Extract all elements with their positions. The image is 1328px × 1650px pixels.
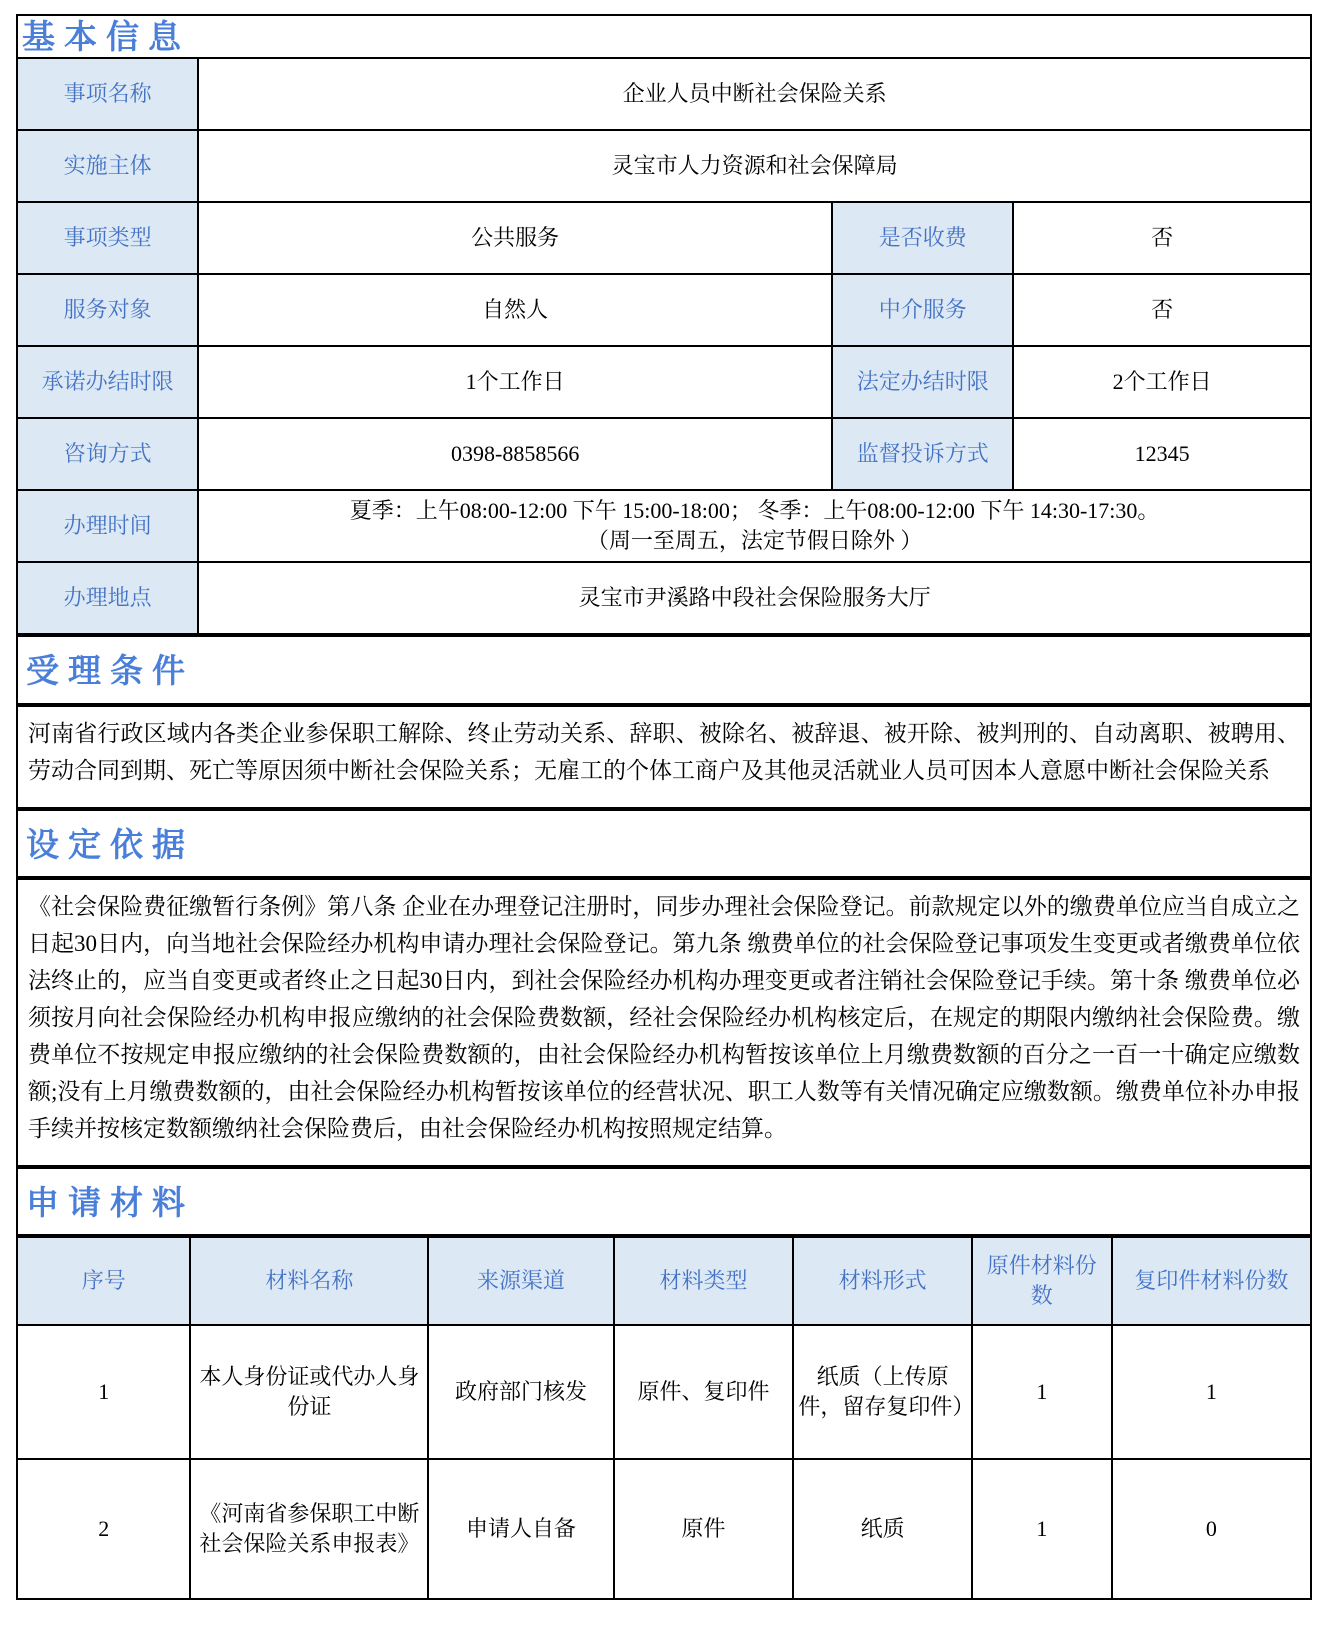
materials-col-index: 序号 <box>17 1237 190 1325</box>
material-2-source: 申请人自备 <box>428 1459 613 1599</box>
section-title-basic-info: 基本信息 <box>17 15 1311 58</box>
fee-label: 是否收费 <box>832 202 1013 274</box>
fee-value: 否 <box>1013 202 1311 274</box>
complaint-method-label: 监督投诉方式 <box>832 418 1013 490</box>
row-time-limits: 承诺办结时限 1个工作日 法定办结时限 2个工作日 <box>17 346 1311 418</box>
row-service-target-intermediary: 服务对象 自然人 中介服务 否 <box>17 274 1311 346</box>
material-1-type: 原件、复印件 <box>614 1325 794 1459</box>
material-1-name: 本人身份证或代办人身份证 <box>190 1325 428 1459</box>
item-name-value: 企业人员中断社会保险关系 <box>198 58 1311 130</box>
material-1-duplicate-copies: 1 <box>1112 1325 1311 1459</box>
material-2-original-copies: 1 <box>972 1459 1112 1599</box>
material-1-index: 1 <box>17 1325 190 1459</box>
row-handle-place: 办理地点 灵宝市尹溪路中段社会保险服务大厅 <box>17 562 1311 634</box>
promised-time-limit-value: 1个工作日 <box>198 346 832 418</box>
row-item-type-fee: 事项类型 公共服务 是否收费 否 <box>17 202 1311 274</box>
material-2-form: 纸质 <box>793 1459 972 1599</box>
promised-time-limit-label: 承诺办结时限 <box>17 346 198 418</box>
service-target-value: 自然人 <box>198 274 832 346</box>
material-2-index: 2 <box>17 1459 190 1599</box>
handle-time-line2: （周一至周五，法定节假日除外 ） <box>203 526 1306 556</box>
implementing-body-label: 实施主体 <box>17 130 198 202</box>
materials-table: 序号 材料名称 来源渠道 材料类型 材料形式 原件材料份数 复印件材料份数 1 … <box>16 1236 1312 1600</box>
row-item-name: 事项名称 企业人员中断社会保险关系 <box>17 58 1311 130</box>
material-2-name: 《河南省参保职工中断社会保险关系申报表》 <box>190 1459 428 1599</box>
legal-basis-text: 《社会保险费征缴暂行条例》第八条 企业在办理登记注册时，同步办理社会保险登记。前… <box>16 878 1312 1167</box>
row-contact: 咨询方式 0398-8858566 监督投诉方式 12345 <box>17 418 1311 490</box>
complaint-method-value: 12345 <box>1013 418 1311 490</box>
handle-time-value: 夏季：上午08:00-12:00 下午 15:00-18:00； 冬季：上午08… <box>198 490 1311 562</box>
handle-time-label: 办理时间 <box>17 490 198 562</box>
row-implementing-body: 实施主体 灵宝市人力资源和社会保障局 <box>17 130 1311 202</box>
material-1-source: 政府部门核发 <box>428 1325 613 1459</box>
consultation-method-label: 咨询方式 <box>17 418 198 490</box>
material-2-duplicate-copies: 0 <box>1112 1459 1311 1599</box>
section-title-acceptance: 受理条件 <box>18 637 1310 702</box>
consultation-method-value: 0398-8858566 <box>198 418 832 490</box>
materials-col-name: 材料名称 <box>190 1237 428 1325</box>
handle-place-value: 灵宝市尹溪路中段社会保险服务大厅 <box>198 562 1311 634</box>
materials-col-source: 来源渠道 <box>428 1237 613 1325</box>
row-handle-time: 办理时间 夏季：上午08:00-12:00 下午 15:00-18:00； 冬季… <box>17 490 1311 562</box>
basis-heading-block: 设定依据 <box>16 809 1312 878</box>
legal-time-limit-label: 法定办结时限 <box>832 346 1013 418</box>
materials-header-row: 序号 材料名称 来源渠道 材料类型 材料形式 原件材料份数 复印件材料份数 <box>17 1237 1311 1325</box>
acceptance-heading-block: 受理条件 <box>16 635 1312 704</box>
handle-time-line1: 夏季：上午08:00-12:00 下午 15:00-18:00； 冬季：上午08… <box>203 496 1306 526</box>
legal-time-limit-value: 2个工作日 <box>1013 346 1311 418</box>
materials-row-2: 2 《河南省参保职工中断社会保险关系申报表》 申请人自备 原件 纸质 1 0 <box>17 1459 1311 1599</box>
materials-col-form: 材料形式 <box>793 1237 972 1325</box>
handle-place-label: 办理地点 <box>17 562 198 634</box>
intermediary-service-value: 否 <box>1013 274 1311 346</box>
service-target-label: 服务对象 <box>17 274 198 346</box>
intermediary-service-label: 中介服务 <box>832 274 1013 346</box>
material-1-form: 纸质（上传原件，留存复印件） <box>793 1325 972 1459</box>
basic-info-heading-row: 基本信息 <box>17 15 1311 58</box>
acceptance-conditions-text: 河南省行政区域内各类企业参保职工解除、终止劳动关系、辞职、被除名、被辞退、被开除… <box>16 705 1312 809</box>
implementing-body-value: 灵宝市人力资源和社会保障局 <box>198 130 1311 202</box>
section-title-basis: 设定依据 <box>18 811 1310 876</box>
materials-col-type: 材料类型 <box>614 1237 794 1325</box>
section-title-materials: 申请材料 <box>18 1169 1310 1234</box>
item-type-label: 事项类型 <box>17 202 198 274</box>
material-2-type: 原件 <box>614 1459 794 1599</box>
material-1-original-copies: 1 <box>972 1325 1112 1459</box>
item-type-value: 公共服务 <box>198 202 832 274</box>
basic-info-table: 基本信息 事项名称 企业人员中断社会保险关系 实施主体 灵宝市人力资源和社会保障… <box>16 14 1312 635</box>
document-page: 基本信息 事项名称 企业人员中断社会保险关系 实施主体 灵宝市人力资源和社会保障… <box>0 0 1328 1624</box>
item-name-label: 事项名称 <box>17 58 198 130</box>
materials-heading-block: 申请材料 <box>16 1167 1312 1236</box>
materials-col-duplicate-copies: 复印件材料份数 <box>1112 1237 1311 1325</box>
materials-row-1: 1 本人身份证或代办人身份证 政府部门核发 原件、复印件 纸质（上传原件，留存复… <box>17 1325 1311 1459</box>
materials-col-original-copies: 原件材料份数 <box>972 1237 1112 1325</box>
